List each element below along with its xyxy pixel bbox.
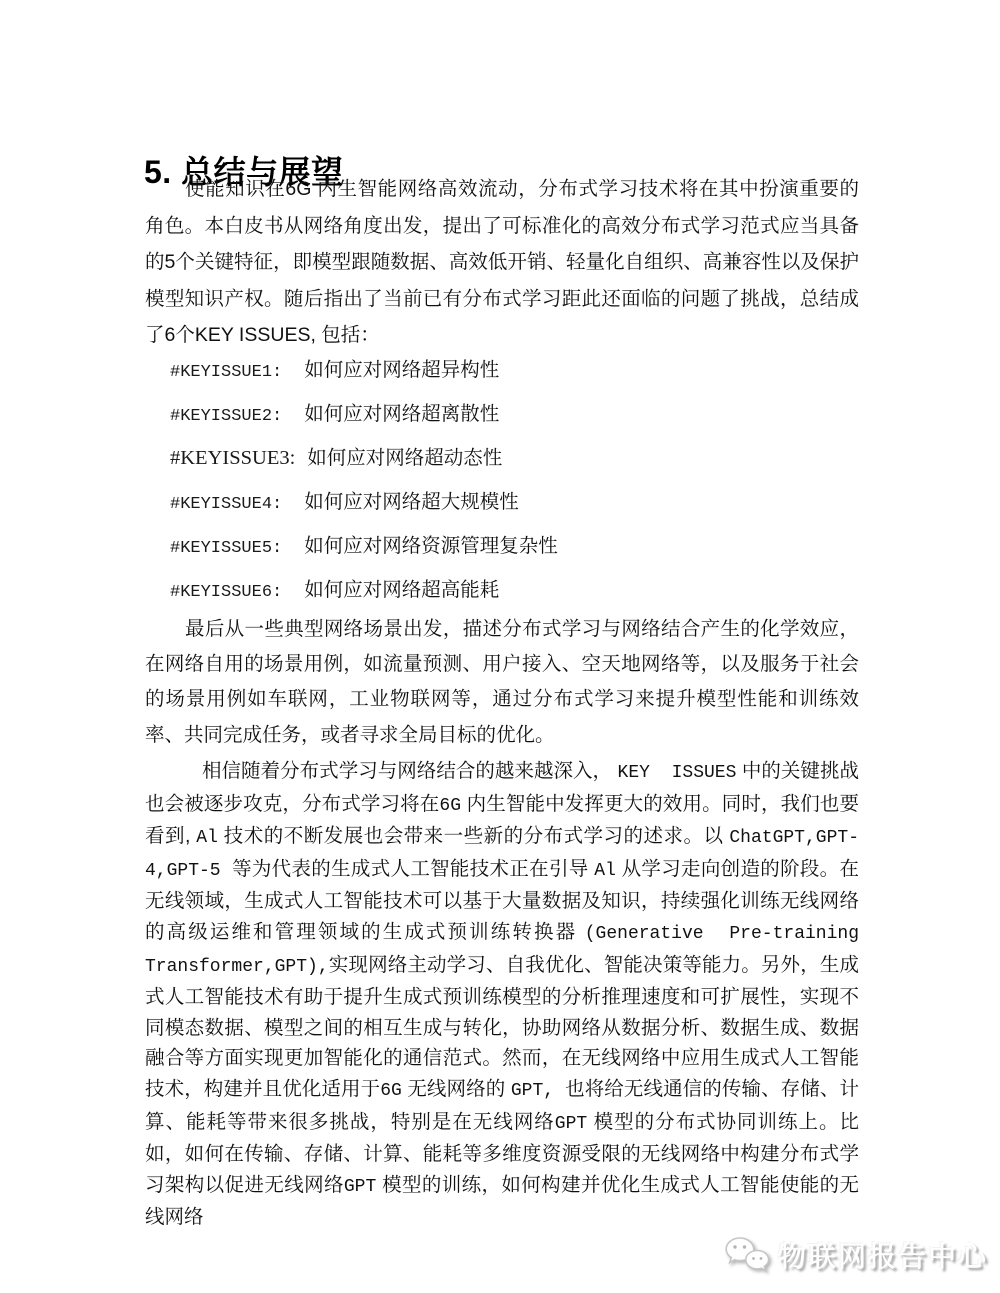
document-page: 5. 总结与展望 使能知识在6G 内生智能网络高效流动，分布式学习技术将在其中扮… [0,0,1000,1293]
key-issue-label: #KEYISSUE4: [170,495,282,514]
key-issue-text: 如何应对网络超离散性 [304,398,499,426]
paragraph-outlook: 相信随着分布式学习与网络结合的越来越深入， KEY ISSUES 中的关键挑战也… [145,756,859,1233]
key-issue-item-3: #KEYISSUE3: 如何应对网络超动态性 [170,442,790,463]
key-issue-text: 如何应对网络超大规模性 [304,486,519,514]
watermark-label: 物联网报告中心 [778,1235,988,1275]
key-issue-text: 如何应对网络超动态性 [307,442,502,470]
key-issue-label: #KEYISSUE3: [170,447,295,470]
paragraph-scenarios: 最后从一些典型网络场景出发，描述分布式学习与网络结合产生的化学效应，在网络自用的… [145,612,859,753]
key-issue-item-1: #KEYISSUE1: 如何应对网络超异构性 [170,354,790,375]
key-issue-item-4: #KEYISSUE4: 如何应对网络超大规模性 [170,486,790,507]
key-issue-text: 如何应对网络超异构性 [304,354,499,382]
key-issue-text: 如何应对网络超高能耗 [304,574,499,602]
key-issue-item-5: #KEYISSUE5: 如何应对网络资源管理复杂性 [170,530,790,551]
key-issue-label: #KEYISSUE1: [170,363,282,382]
key-issue-label: #KEYISSUE6: [170,583,282,602]
watermark: 物联网报告中心 [724,1235,988,1275]
paragraph-intro: 使能知识在6G 内生智能网络高效流动，分布式学习技术将在其中扮演重要的角色。本白… [145,171,859,354]
key-issue-text: 如何应对网络资源管理复杂性 [304,530,558,558]
key-issue-label: #KEYISSUE2: [170,407,282,426]
wechat-icon [724,1235,770,1275]
key-issue-label: #KEYISSUE5: [170,539,282,558]
key-issues-list: #KEYISSUE1: 如何应对网络超异构性 #KEYISSUE2: 如何应对网… [170,354,790,618]
key-issue-item-2: #KEYISSUE2: 如何应对网络超离散性 [170,398,790,419]
key-issue-item-6: #KEYISSUE6: 如何应对网络超高能耗 [170,574,790,595]
